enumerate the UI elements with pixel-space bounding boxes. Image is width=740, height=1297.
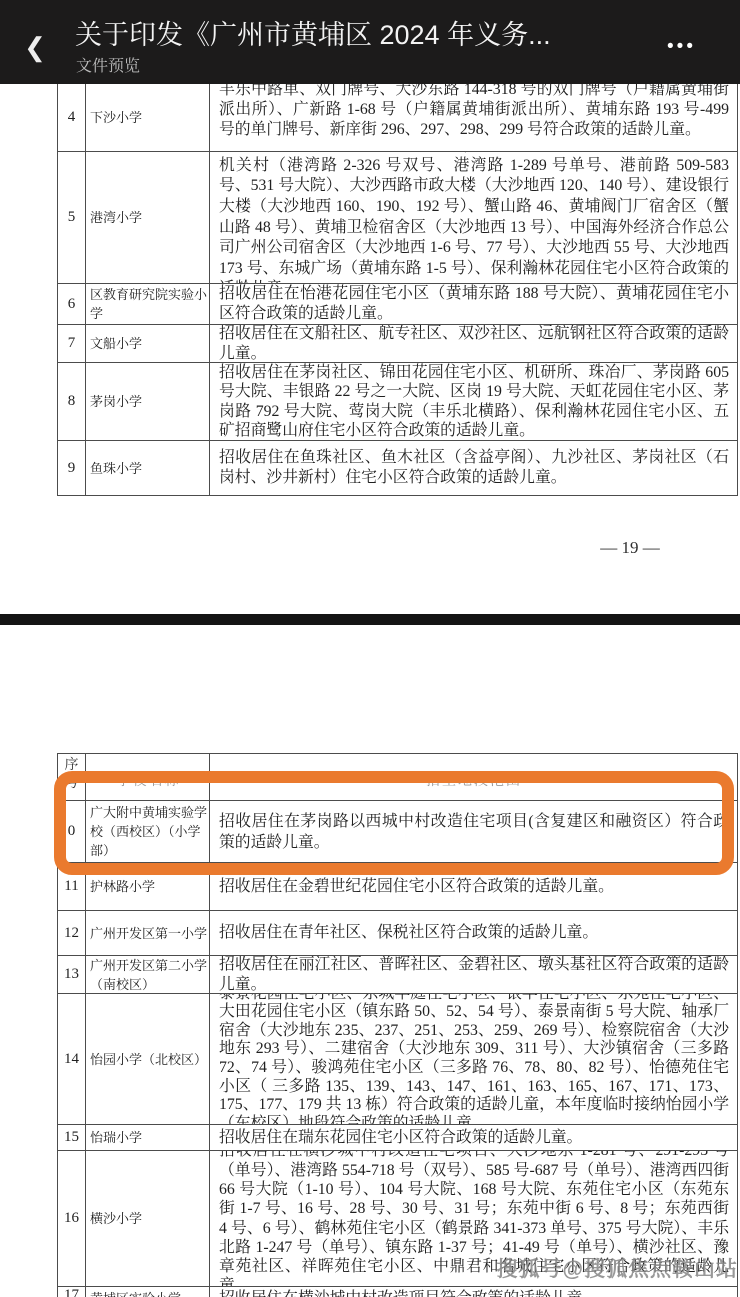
row-number: 9 <box>58 441 85 495</box>
document-title: 关于印发《广州市黄埔区 2024 年义务... <box>75 17 645 53</box>
row-number: 13 <box>58 956 85 993</box>
watermark-text: 搜狐号@搜狐焦点鞍山站 <box>497 1253 738 1283</box>
enrollment-area: 招收居住在鱼珠社区、鱼木社区（含益亭阁）、九沙社区、茅岗社区（石岗村、沙井新村）… <box>209 441 737 495</box>
school-name: 区教育研究院实验小学 <box>85 284 209 324</box>
table-row: 14 怡园小学（北校区） 泰景花园住宅小区、东城华庭住宅小区、银丰住宅小区、乐苑… <box>58 994 737 1125</box>
enrollment-area: 招收居住在青年社区、保税社区符合政策的适龄儿童。 <box>209 911 737 955</box>
table-row: 5 港湾小学 招收居住在港湾一、二、三、四村，珍宝宿舍（中山大道 492-496… <box>58 152 737 284</box>
row-number: 4 <box>58 84 85 151</box>
file-preview-screen: ❮ 关于印发《广州市黄埔区 2024 年义务... 文件预览 ••• 4 下沙小… <box>0 0 740 1297</box>
school-name: 怡瑞小学 <box>85 1125 209 1150</box>
enrollment-area: 招收居住在瑞东花园住宅小区符合政策的适龄儿童。 <box>209 1125 737 1150</box>
row-number: 12 <box>58 911 85 955</box>
enrollment-area: 招收居住在港湾一、二、三、四村，珍宝宿舍（中山大道 492-496 号）、机关村… <box>209 152 737 283</box>
table-row: 4 下沙小学 丰乐中路单、双门牌号、大沙东路 144-318 号的双门牌号（户籍… <box>58 84 737 152</box>
orange-highlight-annotation <box>54 771 734 875</box>
table-row: 9 鱼珠小学 招收居住在鱼珠社区、鱼木社区（含益亭阁）、九沙社区、茅岗社区（石岗… <box>58 441 737 496</box>
enrollment-area: 招收居住在丽江社区、普晖社区、金碧社区、墩头基社区符合政策的适龄儿童。 <box>209 956 737 993</box>
row-number: 6 <box>58 284 85 324</box>
school-name: 港湾小学 <box>85 152 209 283</box>
page-break-bar <box>0 614 740 625</box>
enrollment-area: 招收居住在文船社区、航专社区、双沙社区、远航钢社区符合政策的适龄儿童。 <box>209 325 737 362</box>
table-row-clipped: 17 黄埔区实验小学 招收居住在横沙城中村改造项目符合政策的适龄儿童。 <box>58 1287 737 1297</box>
school-name: 茅岗小学 <box>85 363 209 440</box>
document-preview-area[interactable]: 4 下沙小学 丰乐中路单、双门牌号、大沙东路 144-318 号的双门牌号（户籍… <box>0 0 740 1297</box>
enrollment-area: 招收居住在茅岗社区、锦田花园住宅小区、机研所、珠冶厂、茅岗路 605 号大院、丰… <box>209 363 737 440</box>
school-name: 鱼珠小学 <box>85 441 209 495</box>
row-number: 5 <box>58 152 85 283</box>
table-row: 6 区教育研究院实验小学 招收居住在怡港花园住宅小区（黄埔东路 188 号大院）… <box>58 284 737 325</box>
school-name: 黄埔区实验小学 <box>85 1287 209 1297</box>
school-name: 广州开发区第二小学（南校区） <box>85 956 209 993</box>
table-row: 13 广州开发区第二小学（南校区） 招收居住在丽江社区、普晖社区、金碧社区、墩头… <box>58 956 737 994</box>
table-row: 8 茅岗小学 招收居住在茅岗社区、锦田花园住宅小区、机研所、珠冶厂、茅岗路 60… <box>58 363 737 441</box>
row-number: 16 <box>58 1151 85 1286</box>
enrollment-area: 招收居住在怡港花园住宅小区（黄埔东路 188 号大院）、黄埔花园住宅小区符合政策… <box>209 284 737 324</box>
school-name: 广州开发区第一小学 <box>85 911 209 955</box>
school-name: 文船小学 <box>85 325 209 362</box>
table-row: 7 文船小学 招收居住在文船社区、航专社区、双沙社区、远航钢社区符合政策的适龄儿… <box>58 325 737 363</box>
table-row: 12 广州开发区第一小学 招收居住在青年社区、保税社区符合政策的适龄儿童。 <box>58 911 737 956</box>
row-number: 8 <box>58 363 85 440</box>
app-header: ❮ 关于印发《广州市黄埔区 2024 年义务... 文件预览 ••• <box>0 0 740 84</box>
enrollment-area: 招收居住在横沙城中村改造项目符合政策的适龄儿童。 <box>209 1287 737 1297</box>
enrollment-area: 泰景花园住宅小区、东城华庭住宅小区、银丰住宅小区、乐苑住宅小区、大田花园住宅小区… <box>209 994 737 1124</box>
more-menu-icon[interactable]: ••• <box>667 36 696 58</box>
school-name: 下沙小学 <box>85 84 209 151</box>
back-icon[interactable]: ❮ <box>20 30 50 64</box>
enrollment-area: 丰乐中路单、双门牌号、大沙东路 144-318 号的双门牌号（户籍属黄埔街派出所… <box>209 84 737 151</box>
row-number: 15 <box>58 1125 85 1150</box>
school-name: 怡园小学（北校区） <box>85 994 209 1124</box>
page-number: — 19 — <box>560 538 700 558</box>
row-number: 14 <box>58 994 85 1124</box>
table-row: 15 怡瑞小学 招收居住在瑞东花园住宅小区符合政策的适龄儿童。 <box>58 1125 737 1151</box>
enrollment-table-page19: 4 下沙小学 丰乐中路单、双门牌号、大沙东路 144-318 号的双门牌号（户籍… <box>57 84 738 496</box>
row-number: 7 <box>58 325 85 362</box>
preview-label: 文件预览 <box>76 57 140 77</box>
row-number: 17 <box>58 1287 85 1297</box>
school-name: 横沙小学 <box>85 1151 209 1286</box>
